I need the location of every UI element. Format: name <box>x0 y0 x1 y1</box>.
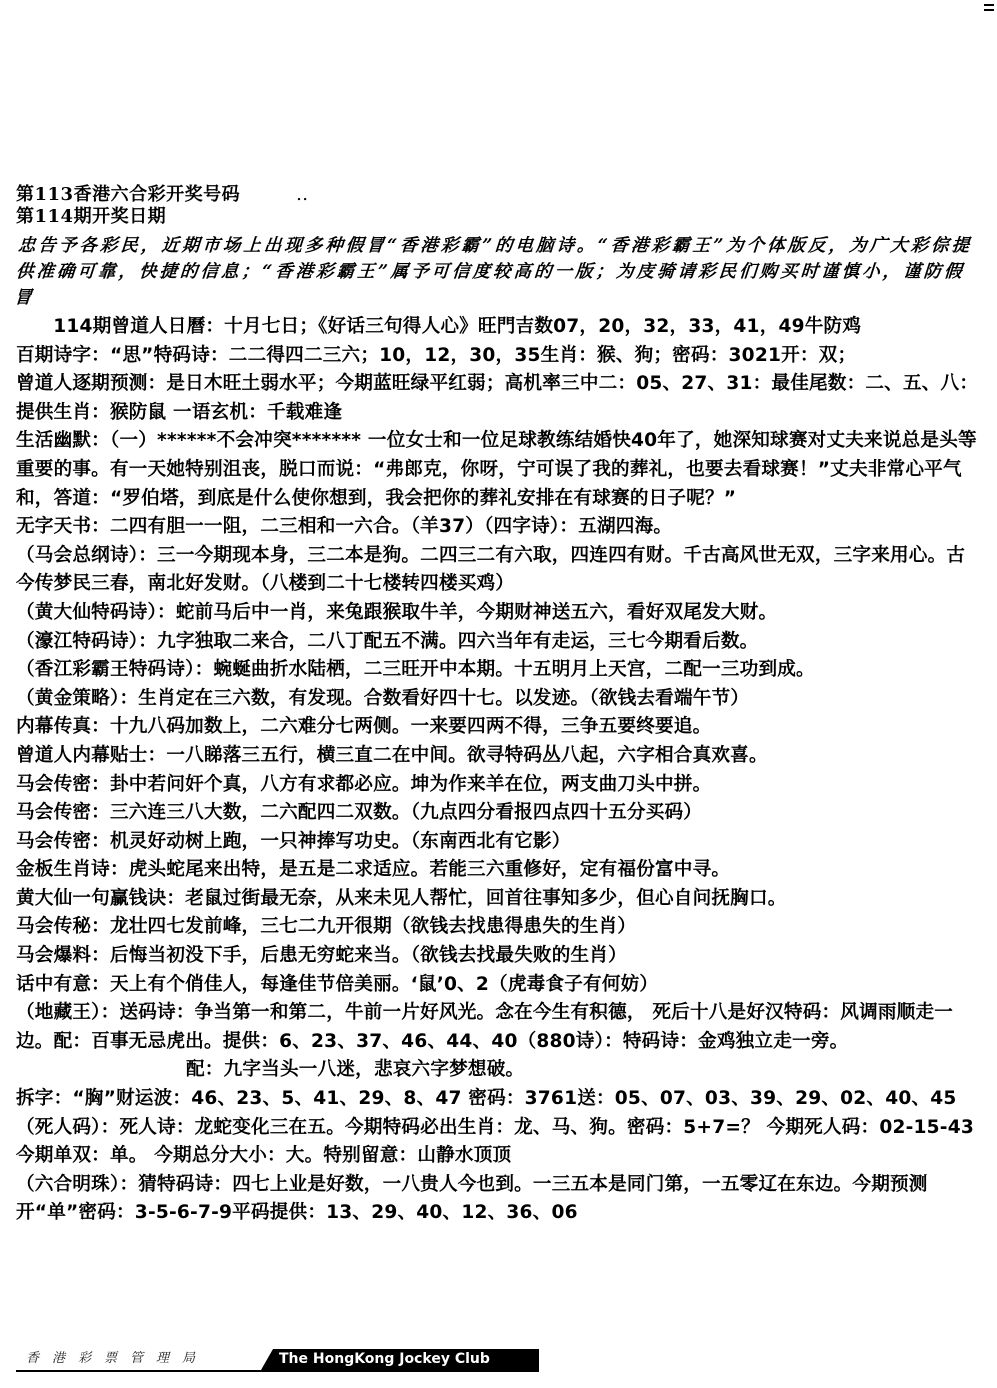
corner-scan-mark <box>984 4 994 11</box>
paragraph-revelation: 马会爆料：后悔当初没下手，后患无穷蛇来当。（欲钱去找最失败的生肖） <box>16 942 981 971</box>
paragraph-pearl: （六合明珠）：猜特码诗：四七上业是好数，一八贵人今也到。一三五本是同门第，一五零… <box>16 1171 981 1228</box>
footer-english-logo: The HongKong Jockey Club <box>261 1349 539 1370</box>
paragraph-secret-2: 马会传密：三六连三八大数，二六配四二双数。（九点四分看报四点四十五分买码） <box>16 799 981 828</box>
paragraph-wong-tai-sin-poem: （黄大仙特码诗）：蛇前马后中一肖，来兔跟猴取牛羊，今期财神送五六，看好双尾发大财… <box>16 599 981 628</box>
paragraph-inside-fax: 内幕传真：十九八码加数上，二六难分七两侧。一来要四两不得，三争五要终要追。 <box>16 713 981 742</box>
paragraph-inside-tips: 曾道人内幕贴士：一八睇落三五行，横三直二在中间。欲寻特码丛八起，六字相合真欢喜。 <box>16 742 981 771</box>
dizang-part1: （地藏王）：送码诗：争当第一和第二，牛前一片好风光。念在今生有积德， 死后十八是… <box>16 1002 953 1052</box>
header-line1: 第113香港六合彩开奖号码 <box>16 184 240 205</box>
paragraph-golden-strategy: （黄金策略）：生肖定在三六数，有发现。合数看好四十七。以发迹。（欲钱去看端午节） <box>16 685 981 714</box>
document-page: 第113香港六合彩开奖号码.. 第114期开奖日期 忠告予各彩民，近期市场上出现… <box>16 184 981 1228</box>
article-body: 114期曾道人日曆：十月七日；《好话三句得人心》旺門吉数07，20，32，33，… <box>16 313 981 1228</box>
paragraph-poem-word: 百期诗字：“思”特码诗：二二得四二三六；10，12，30，35生肖：猴、狗；密码… <box>16 342 981 371</box>
paragraph-secret-3: 马会传密：机灵好动树上跑，一只神捧写功史。（东南西北有它影） <box>16 828 981 857</box>
paragraph-macau-poem: （濠江特码诗）：九字独取二来合，二八丁配五不满。四六当年有走运，三七今期看后数。 <box>16 628 981 657</box>
footer-chinese-logo: 香港彩票管理局 <box>16 1349 261 1370</box>
paragraph-hidden-meaning: 话中有意：天上有个俏佳人，每逢佳节倍美丽。‘鼠’0、2（虎毒食子有何妨） <box>16 971 981 1000</box>
header-title-draw: 第113香港六合彩开奖号码.. <box>16 184 981 206</box>
paragraph-split-word: 拆字：“胸”财运波：46、23、5、41、29、8、47 密码：3761送：05… <box>16 1085 981 1114</box>
paragraph-secret-transmission: 马会传秘：龙壮四七发前峰，三七二九开很期（欲钱去找患得患失的生肖） <box>16 913 981 942</box>
header-title-date: 第114期开奖日期 <box>16 206 981 228</box>
paragraph-dizang: （地藏王）：送码诗：争当第一和第二，牛前一片好风光。念在今生有积德， 死后十八是… <box>16 999 981 1085</box>
paragraph-calendar: 114期曾道人日曆：十月七日；《好话三句得人心》旺門吉数07，20，32，33，… <box>16 313 981 342</box>
paragraph-dead-code: （死人码）：死人诗：龙蛇变化三在五。今期特码必出生肖：龙、马、狗。密码：5+7=… <box>16 1114 981 1171</box>
footer-banner: 香港彩票管理局 The HongKong Jockey Club <box>16 1349 539 1372</box>
warning-notice: 忠告予各彩民，近期市场上出现多种假冒“香港彩霸”的电脑诗。“香港彩霸王”为个体版… <box>13 233 983 311</box>
paragraph-heavenly-book: 无字天书：二四有胆一一阻，二三相和一六合。（羊37）（四字诗）：五湖四海。 <box>16 513 981 542</box>
paragraph-zodiac-poem: 金板生肖诗：虎头蛇尾来出特，是五是二求适应。若能三六重修好，定有福份富中寻。 <box>16 856 981 885</box>
paragraph-winning-formula: 黄大仙一句赢钱诀：老鼠过街最无奈，从来未见人帮忙，回首往事知多少，但心自问抚胸口… <box>16 885 981 914</box>
dizang-part2: 配：九字当头一八迷，悲哀六字梦想破。 <box>186 1059 524 1080</box>
paragraph-hk-king-poem: （香江彩霸王特码诗）：蜿蜒曲折水陆栖，二三旺开中本期。十五明月上天宫，二配一三功… <box>16 656 981 685</box>
header-dots: .. <box>296 184 308 205</box>
paragraph-humor: 生活幽默：（一）******不会冲突******* 一位女士和一位足球教练结婚快… <box>16 427 981 513</box>
paragraph-jockey-poem: （马会总纲诗）：三一今期现本身，三二本是狗。二四三二有六取，四连四有财。千古高风… <box>16 542 981 599</box>
paragraph-prediction: 曾道人逐期预测：是日木旺土弱水平；今期蓝旺绿平红弱；高机率三中二：05、27、3… <box>16 370 981 427</box>
paragraph-secret-1: 马会传密：卦中若问奸个真，八方有求都必应。坤为作来羊在位，两支曲刀头中拼。 <box>16 771 981 800</box>
